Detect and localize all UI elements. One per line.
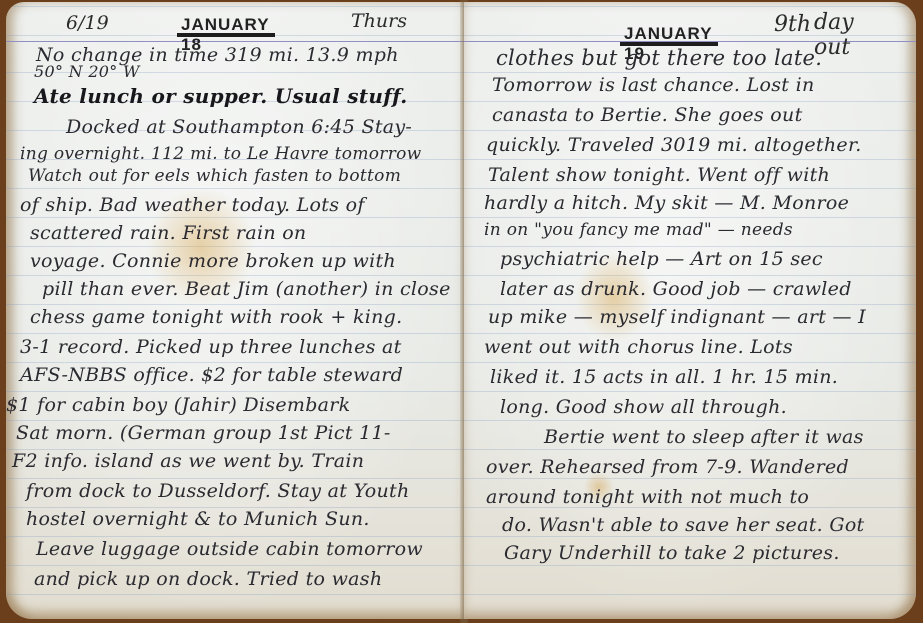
entry-line: Leave luggage outside cabin tomorrow <box>36 538 423 560</box>
entry-line: F2 info. island as we went by. Train <box>12 450 364 472</box>
entry-line: long. Good show all through. <box>500 396 787 418</box>
entry-line: up mike — myself indignant — art — I <box>488 306 866 328</box>
entry-line: chess game tonight with rook + king. <box>30 306 402 328</box>
entry-line: AFS-NBBS office. $2 for table steward <box>20 364 403 386</box>
entry-line: hardly a hitch. My skit — M. Monroe <box>484 192 849 214</box>
entry-line: Gary Underhill to take 2 pictures. <box>504 542 840 564</box>
entry-line: went out with chorus line. Lots <box>484 336 793 358</box>
entry-line: clothes but got there too late. <box>496 46 822 70</box>
day-of-week: Thurs <box>351 10 407 32</box>
entry-line: Ate lunch or supper. Usual stuff. <box>34 84 408 108</box>
entry-line: in on "you fancy me mad" — needs <box>484 220 793 240</box>
entry-line: Tomorrow is last chance. Lost in <box>492 74 815 96</box>
day-number: 9th <box>774 12 811 37</box>
entry-line: later as drunk. Good job — crawled <box>500 278 852 300</box>
entry-line: from dock to Dusseldorf. Stay at Youth <box>26 480 410 502</box>
entry-line: do. Wasn't able to save her seat. Got <box>502 514 865 536</box>
entry-line: 3-1 record. Picked up three lunches at <box>20 336 402 358</box>
entry-line: over. Rehearsed from 7-9. Wandered <box>486 456 849 478</box>
entry-line: liked it. 15 acts in all. 1 hr. 15 min. <box>490 366 838 388</box>
entry-line: Watch out for eels which fasten to botto… <box>28 166 401 186</box>
entry-line: ing overnight. 112 mi. to Le Havre tomor… <box>20 144 422 164</box>
right-page: JANUARY 19 9th day out clothes but got t… <box>464 2 916 619</box>
entry-line: quickly. Traveled 3019 mi. altogether. <box>486 134 862 156</box>
entry-line: Sat morn. (German group 1st Pict 11- <box>16 422 391 444</box>
entry-line: Talent show tonight. Went off with <box>488 164 830 186</box>
entry-line: Docked at Southampton 6:45 Stay- <box>66 116 412 138</box>
diary-spread: 6/19 JANUARY 18 Thurs No change in time … <box>0 0 923 623</box>
entry-line: canasta to Bertie. She goes out <box>492 104 803 126</box>
entry-line: and pick up on dock. Tried to wash <box>34 568 382 590</box>
entry-line: Bertie went to sleep after it was <box>544 426 864 448</box>
entry-line: scattered rain. First rain on <box>30 222 306 244</box>
entry-line: hostel overnight & to Munich Sun. <box>26 508 370 530</box>
entry-line: psychiatric help — Art on 15 sec <box>500 248 823 270</box>
entry-line: voyage. Connie more broken up with <box>30 250 396 272</box>
left-page: 6/19 JANUARY 18 Thurs No change in time … <box>6 2 464 619</box>
entry-line: $1 for cabin boy (Jahir) Disembark <box>6 394 350 416</box>
entry-line: around tonight with not much to <box>486 486 809 508</box>
entry-line: of ship. Bad weather today. Lots of <box>20 194 365 216</box>
handwritten-date: 6/19 <box>66 12 109 34</box>
entry-line: pill than ever. Beat Jim (another) in cl… <box>42 278 451 300</box>
entry-line: 50° N 20° W <box>34 62 140 81</box>
